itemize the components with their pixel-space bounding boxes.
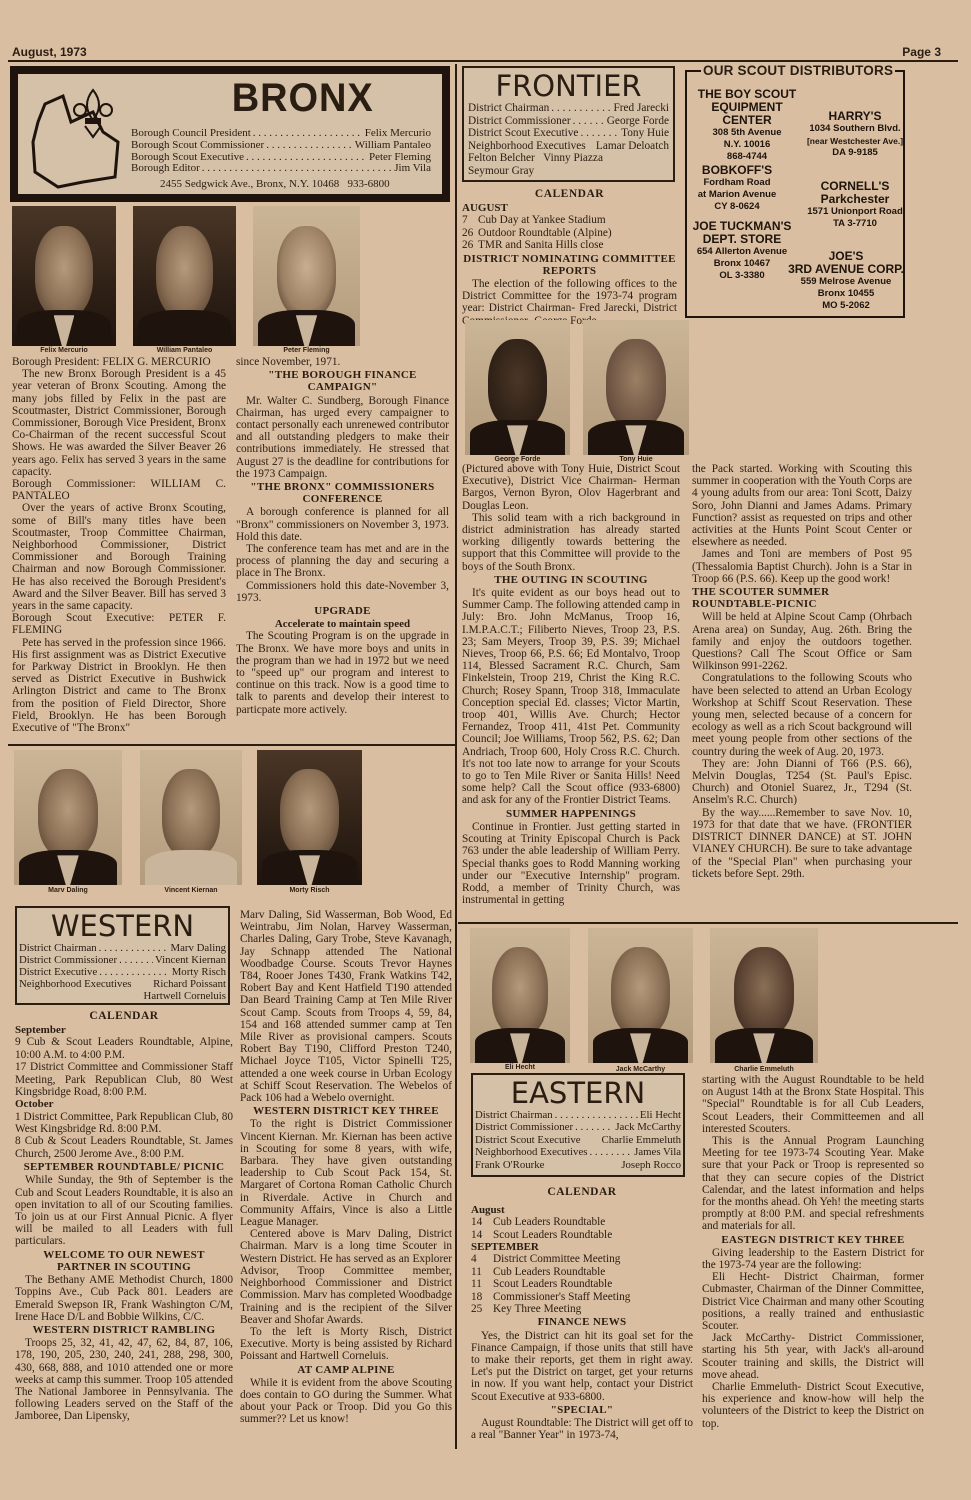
article-paragraph: Borough President: FELIX G. MERCURIO: [12, 356, 226, 368]
bronx-column-1: Borough President: FELIX G. MERCURIOThe …: [12, 356, 226, 734]
distributor-joes-3rd-avenue: JOE'S3RD AVENUE CORP. 559 Melrose Avenue…: [787, 250, 905, 312]
caption: Charlie Emmeluth: [710, 1066, 818, 1073]
frontier-nominating-report: DISTRICT NOMINATING COMMITTEE REPORTSThe…: [462, 253, 677, 327]
western-column-2: Marv Daling, Sid Wasserman, Bob Wood, Ed…: [240, 909, 452, 1426]
calendar-heading: CALENDAR: [471, 1186, 693, 1198]
roster-row: District Scout ExecutiveTony Huie: [468, 127, 669, 140]
article-paragraph: It's quite evident as our boys head out …: [462, 587, 680, 807]
article-paragraph: Will be held at Alpine Scout Camp (Ohrba…: [692, 611, 912, 672]
eastern-articles: FINANCE NEWSYes, the District can hit it…: [471, 1316, 693, 1441]
calendar-month: AUGUST: [462, 202, 677, 214]
roster-row: District Scout ExecutiveCharlie Emmeluth: [475, 1134, 681, 1146]
photo-peter-fleming: [253, 206, 360, 346]
article-heading: UPGRADE: [236, 605, 449, 617]
photo-morty-risch: [257, 750, 362, 885]
photo-charlie-emmeluth: [710, 928, 818, 1063]
bronx-address: 2455 Sedgwick Ave., Bronx, N.Y. 10468 93…: [160, 178, 390, 190]
western-title: WESTERN: [19, 910, 226, 942]
calendar-item: 26Outdoor Roundtable (Alpine): [462, 227, 677, 239]
article-heading: FINANCE NEWS: [471, 1316, 693, 1328]
calendar-heading: CALENDAR: [462, 188, 677, 200]
article-paragraph: Pete has served in the profession since …: [12, 637, 226, 735]
frontier-roster: District ChairmanFred Jarecki District C…: [468, 102, 669, 178]
roster-row: Seymour Gray: [468, 165, 669, 178]
frontier-calendar: CALENDAR AUGUST 7Cub Day at Yankee Stadi…: [462, 184, 677, 327]
frontier-column-2: the Pack started. Working with Scouting …: [692, 463, 912, 880]
photo-eli-hecht: [470, 928, 570, 1063]
article-paragraph: (Pictured above with Tony Huie, District…: [462, 463, 680, 512]
calendar-item: 14Scout Leaders Roundtable: [471, 1229, 693, 1241]
calendar-item: 26TMR and Sanita Hills close: [462, 239, 677, 251]
photo-marv-daling: [14, 750, 122, 885]
roster-row: Neighborhood ExecutivesRichard Poissant: [19, 978, 226, 990]
article-heading: AT CAMP ALPINE: [240, 1364, 452, 1376]
article-heading: WESTERN DISTRICT KEY THREE: [240, 1105, 452, 1117]
roster-row: District ChairmanMarv Daling: [19, 942, 226, 954]
article-heading: DISTRICT NOMINATING COMMITTEE REPORTS: [462, 253, 677, 277]
eastern-column-1: CALENDAR August 14Cub Leaders Roundtable…: [471, 1182, 693, 1441]
article-paragraph: James and Toni are members of Post 95 (T…: [692, 548, 912, 585]
article-paragraph: Giving leadership to the Eastern Distric…: [702, 1247, 924, 1271]
caption: William Pantaleo: [133, 347, 236, 354]
bronx-roster: Borough Council PresidentFelix Mercurio …: [131, 128, 431, 175]
caption: George Forde: [465, 456, 570, 463]
article-paragraph: The Bethany AME Methodist Church, 1800 T…: [15, 1274, 233, 1323]
article-heading: WESTERN DISTRICT RAMBLING: [15, 1324, 233, 1336]
roster-row: Borough Council PresidentFelix Mercurio: [131, 128, 431, 140]
photo-jack-mccarthy: [588, 928, 693, 1063]
article-paragraph: While it is evident from the above Scout…: [240, 1377, 452, 1426]
article-paragraph: Centered above is Marv Daling, District …: [240, 1228, 452, 1326]
eastern-roster: District ChairmanEli Hecht District Comm…: [475, 1109, 681, 1171]
article-paragraph: Borough Scout Executive: PETER F. FLEMIN…: [12, 612, 226, 636]
calendar-item: 14Cub Leaders Roundtable: [471, 1216, 693, 1228]
photo-george-forde: [465, 320, 570, 455]
page-date: August, 1973: [12, 45, 87, 59]
roster-row: Neighborhood ExecutivesLamar Deloatch: [468, 140, 669, 153]
calendar-month: SEPTEMBER: [471, 1241, 693, 1253]
roster-row: Borough Scout ExecutivePeter Fleming: [131, 152, 431, 164]
article-paragraph: Yes, the District can hit its goal set f…: [471, 1330, 693, 1403]
article-heading: SEPTEMBER ROUNDTABLE/ PICNIC: [15, 1161, 233, 1173]
caption: Morty Risch: [257, 887, 362, 894]
article-paragraph: This solid team with a rich background i…: [462, 512, 680, 573]
article-heading: "THE BOROUGH FINANCE CAMPAIGN": [236, 369, 449, 393]
bronx-title: BRONX: [232, 76, 374, 121]
article-paragraph: The conference team has met and are in t…: [236, 543, 449, 580]
article-paragraph: Charlie Emmeluth- District Scout Executi…: [702, 1381, 924, 1430]
calendar-item: 11Scout Leaders Roundtable: [471, 1278, 693, 1290]
photo-vincent-kiernan: [140, 750, 242, 885]
article-heading: "SPECIAL": [471, 1404, 693, 1416]
article-heading: WELCOME TO OUR NEWEST PARTNER IN SCOUTIN…: [15, 1249, 233, 1273]
article-paragraph: A borough conference is planned for all …: [236, 506, 449, 543]
calendar-item: 7Cub Day at Yankee Stadium: [462, 214, 677, 226]
column-divider: [455, 64, 457, 1449]
western-roster: District ChairmanMarv Daling District Co…: [19, 942, 226, 1002]
distributors-box: OUR SCOUT DISTRIBUTORS THE BOY SCOUTEQUI…: [685, 70, 905, 318]
article-paragraph: Mr. Walter C. Sundberg, Borough Finance …: [236, 395, 449, 480]
western-box: WESTERN District ChairmanMarv Daling Dis…: [15, 906, 230, 1005]
photo-felix-mercurio: [12, 206, 116, 346]
article-paragraph: Marv Daling, Sid Wasserman, Bob Wood, Ed…: [240, 909, 452, 1104]
calendar-month: August: [471, 1204, 693, 1216]
article-heading: EASTEGN DISTRICT KEY THREE: [702, 1234, 924, 1246]
article-paragraph: To the right is District Commissioner Vi…: [240, 1118, 452, 1228]
article-paragraph: By the way......Remember to save Nov. 10…: [692, 807, 912, 880]
western-column-1: CALENDAR September 9 Cub & Scout Leaders…: [15, 1006, 233, 1423]
article-paragraph: Jack McCarthy- District Commissioner, st…: [702, 1332, 924, 1381]
western-articles: SEPTEMBER ROUNDTABLE/ PICNICWhile Sunday…: [15, 1161, 233, 1422]
article-paragraph: Continue in Frontier. Just getting start…: [462, 821, 680, 906]
eastern-title: EASTERN: [475, 1077, 681, 1109]
photo-tony-huie: [583, 320, 689, 455]
article-heading: "THE BRONX" COMMISSIONERS CONFERENCE: [236, 481, 449, 505]
frontier-title: FRONTIER: [468, 70, 669, 102]
article-heading: THE OUTING in SCOUTING: [462, 574, 680, 586]
roster-row: District ChairmanEli Hecht: [475, 1109, 681, 1121]
roster-row: District ChairmanFred Jarecki: [468, 102, 669, 115]
article-paragraph: They are: John Dianni of T66 (P.S. 66), …: [692, 758, 912, 807]
roster-row: District ExecutiveMorty Risch: [19, 966, 226, 978]
section-divider-frontier-eastern: [458, 922, 958, 924]
roster-row: Borough Scout CommissionerWilliam Pantal…: [131, 140, 431, 152]
calendar-item: 9 Cub & Scout Leaders Roundtable, Alpine…: [15, 1036, 233, 1061]
calendar-month: October: [15, 1098, 233, 1110]
frontier-column-1: (Pictured above with Tony Huie, District…: [462, 463, 680, 906]
caption: Eli Hecht: [470, 1064, 570, 1071]
article-paragraph: the Pack started. Working with Scouting …: [692, 463, 912, 548]
caption: Felix Mercurio: [12, 347, 116, 354]
calendar-item: 25Key Three Meeting: [471, 1303, 693, 1315]
article-paragraph: Eli Hecht- District Chairman, former Cub…: [702, 1271, 924, 1332]
roster-row: Neighborhood ExecutivesJames Vila: [475, 1146, 681, 1158]
section-divider-bronx-western: [8, 744, 455, 746]
article-paragraph: August Roundtable: The District will get…: [471, 1417, 693, 1441]
caption: Jack McCarthy: [588, 1066, 693, 1073]
article-paragraph: While Sunday, the 9th of September is th…: [15, 1174, 233, 1247]
article-paragraph: Troops 25, 32, 41, 42, 47, 62, 84, 87, 1…: [15, 1337, 233, 1422]
distributor-joe-tuckmans: JOE TUCKMAN'SDEPT. STORE 654 Allerton Av…: [687, 220, 797, 282]
article-paragraph: Commissioners hold this date-November 3,…: [236, 580, 449, 604]
article-paragraph: starting with the August Roundtable to b…: [702, 1074, 924, 1135]
roster-row: Frank O'RourkeJoseph Rocco: [475, 1159, 681, 1171]
roster-row: Felton Belcher Vinny Piazza: [468, 152, 669, 165]
calendar-item: 18Commissioner's Staff Meeting: [471, 1291, 693, 1303]
eastern-column-2: starting with the August Roundtable to b…: [702, 1074, 924, 1430]
caption: Peter Fleming: [253, 347, 360, 354]
caption: Vincent Kiernan: [140, 887, 242, 894]
distributor-bobkoffs: BOBKOFF'S Fordham Roadat Marion AvenueCY…: [687, 164, 787, 213]
roster-row: Hartwell Corneluis: [19, 990, 226, 1002]
article-paragraph: To the left is Morty Risch, District Exe…: [240, 1326, 452, 1363]
calendar-heading: CALENDAR: [15, 1010, 233, 1022]
calendar-item: 1 District Committee, Park Republican Cl…: [15, 1111, 233, 1136]
article-paragraph: This is the Annual Program Launching Mee…: [702, 1135, 924, 1233]
distributors-title: OUR SCOUT DISTRIBUTORS: [701, 63, 895, 78]
caption: Tony Huie: [583, 456, 689, 463]
distributor-cornells: CORNELL'SParkchester 1571 Unionport Road…: [805, 180, 905, 230]
article-subheading: Accelerate to maintain speed: [236, 618, 449, 630]
calendar-item: 11Cub Leaders Roundtable: [471, 1266, 693, 1278]
calendar-month: September: [15, 1024, 233, 1036]
calendar-item: 8 Cub & Scout Leaders Roundtable, St. Ja…: [15, 1135, 233, 1160]
page-number: Page 3: [902, 45, 941, 59]
frontier-box: FRONTIER District ChairmanFred Jarecki D…: [462, 66, 675, 182]
article-heading: SUMMER HAPPENINGS: [462, 808, 680, 820]
calendar-item: 4District Committee Meeting: [471, 1253, 693, 1265]
distributor-boy-scout-equipment-center: THE BOY SCOUTEQUIPMENT CENTER 308 5th Av…: [687, 88, 807, 163]
calendar-item: 17 District Committee and Commissioner S…: [15, 1061, 233, 1098]
article-paragraph: The Scouting Program is on the upgrade i…: [236, 630, 449, 715]
boy-scout-emblem-icon: [23, 82, 133, 192]
article-paragraph: Over the years of active Bronx Scouting,…: [12, 502, 226, 612]
distributor-harrys: HARRY'S 1034 Southern Blvd.[near Westche…: [805, 110, 905, 159]
header-rule: [8, 60, 958, 62]
eastern-box: EASTERN District ChairmanEli Hecht Distr…: [471, 1073, 685, 1177]
roster-row: Borough EditorJim Vila: [131, 163, 431, 175]
article-paragraph: Borough Commissioner: WILLIAM C. PANTALE…: [12, 478, 226, 502]
article-paragraph: since November, 1971.: [236, 356, 449, 368]
bronx-column-2: since November, 1971."THE BOROUGH FINANC…: [236, 356, 449, 716]
article-paragraph: Congratulations to the following Scouts …: [692, 672, 912, 757]
article-heading: THE SCOUTER SUMMER ROUNDTABLE-PICNIC: [692, 586, 912, 610]
article-paragraph: The new Bronx Borough President is a 45 …: [12, 368, 226, 478]
photo-william-pantaleo: [133, 206, 236, 346]
caption: Marv Daling: [14, 887, 122, 894]
roster-row: District CommissionerVincent Kiernan: [19, 954, 226, 966]
roster-row: District CommissionerGeorge Forde: [468, 115, 669, 128]
roster-row: District CommissionerJack McCarthy: [475, 1121, 681, 1133]
bronx-masthead: BRONX Borough Council PresidentFelix Mer…: [10, 66, 450, 202]
